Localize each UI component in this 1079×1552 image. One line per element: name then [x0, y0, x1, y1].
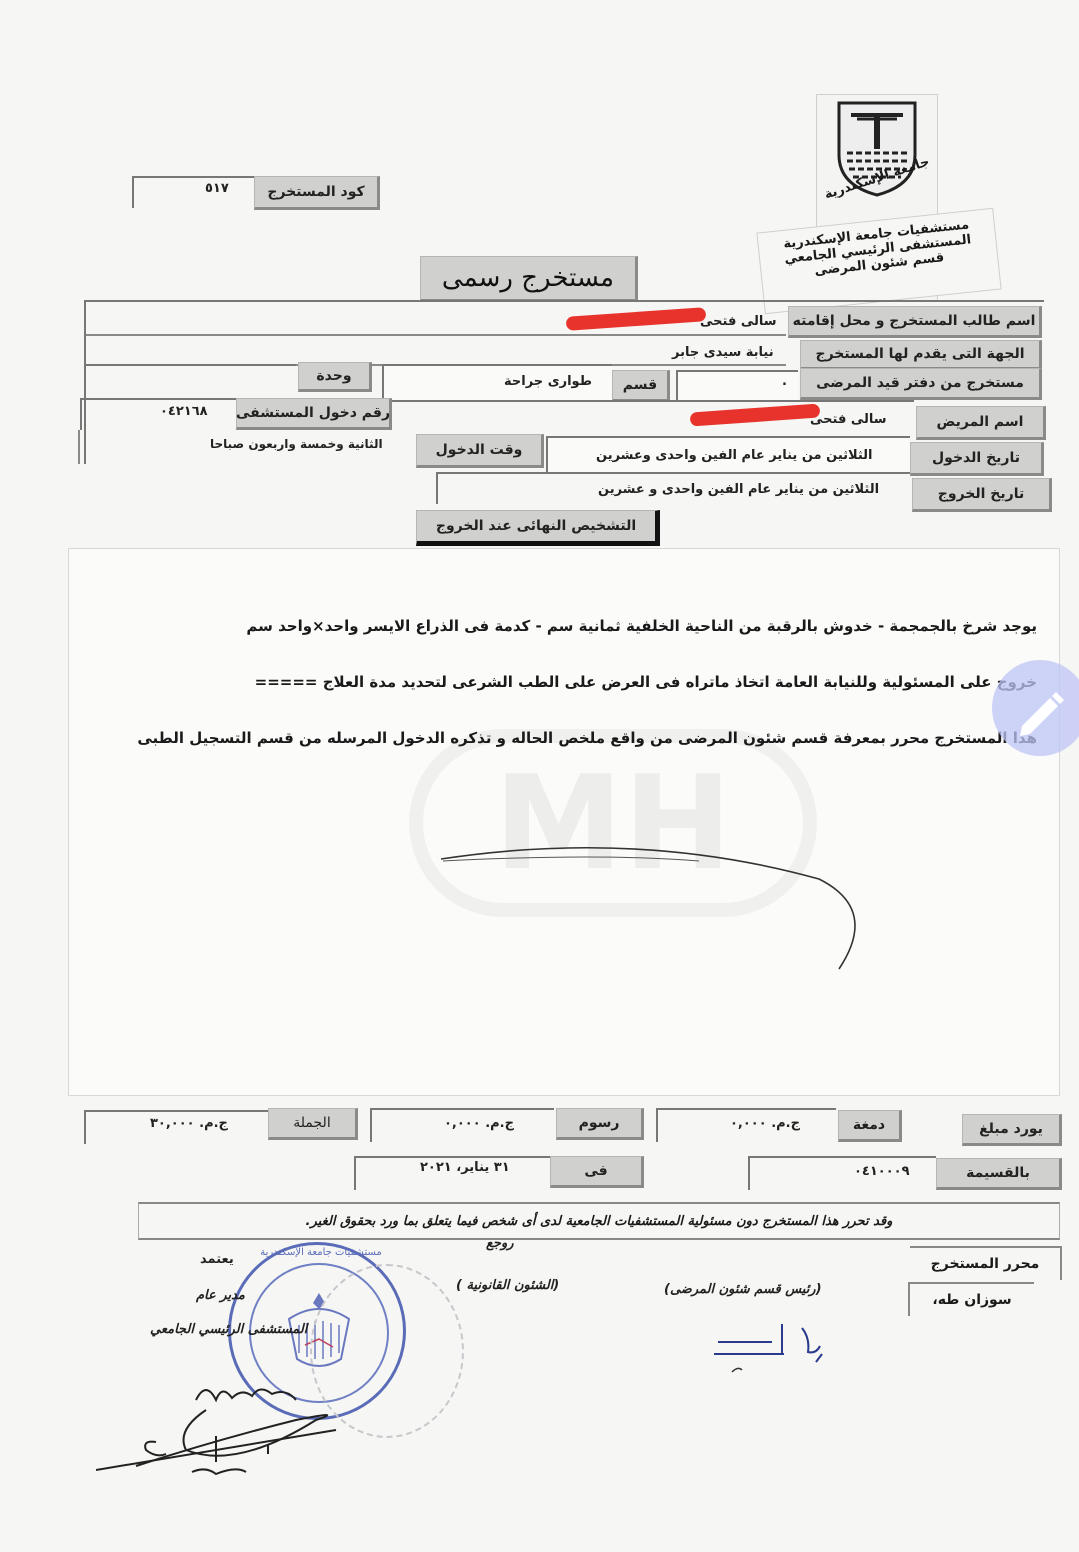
- stamp-label: دمغة: [838, 1110, 902, 1142]
- code-value: ٥١٧: [205, 181, 229, 196]
- requester-label: اسم طالب المستخرج و محل إقامته: [788, 306, 1042, 338]
- page-title: مستخرج رسمى: [420, 256, 638, 302]
- reviewed-label: روجع: [486, 1236, 514, 1251]
- department-label: قسم: [612, 370, 670, 402]
- discharge-date-value: الثلاثين من يناير عام الفين واحدى و عشري…: [598, 482, 879, 497]
- patient-name-field: [392, 400, 914, 436]
- register-field: [676, 370, 798, 402]
- diagnosis-box: MH يوجد شرخ بالجمجمة - خدوش بالرقبة من ا…: [68, 548, 1060, 1096]
- register-label: مستخرج من دفتر قيد المرضى: [800, 368, 1042, 400]
- supply-amount-label: يورد مبلغ: [962, 1114, 1062, 1146]
- discharge-date-label: تاريخ الخروج: [912, 478, 1052, 512]
- stamp-value: ج.م. ٠,٠٠٠: [730, 1116, 800, 1131]
- fees-value: ج.م. ٠,٠٠٠: [444, 1116, 514, 1131]
- diagnosis-label: التشخيص النهائى عند الخروج: [416, 510, 660, 546]
- unit-field: [84, 364, 296, 398]
- pencil-icon: [992, 660, 1079, 756]
- diagnosis-line-3: هذا المستخرج محرر بمعرفة قسم شئون المرضى…: [137, 729, 1037, 747]
- authority-label: الجهة التى يقدم لها المستخرج: [800, 340, 1042, 370]
- fees-label: رسوم: [556, 1108, 644, 1140]
- disclaimer-text: وقد تحرر هذا المستخرج دون مسئولية المستش…: [306, 1214, 893, 1229]
- patient-name-label: اسم المريض: [916, 406, 1046, 440]
- admission-time-label: وقت الدخول: [416, 434, 544, 468]
- hospital-label: المستشفى الرئيسي الجامعي: [150, 1322, 307, 1337]
- code-label: كود المستخرج: [254, 176, 380, 210]
- admission-time-value: الثانية وخمسة واربعون صباحا: [210, 437, 383, 451]
- total-value: ج.م. ٣٠,٠٠٠: [150, 1116, 228, 1131]
- admission-date-value: الثلاثين من يناير عام الفين واحدى وعشرين: [596, 448, 873, 463]
- signature-head-icon: [712, 1318, 842, 1378]
- edit-pencil-button[interactable]: [992, 660, 1079, 756]
- admission-number-value: ٠٤٢١٦٨: [160, 404, 208, 419]
- director-signature-icon: [96, 1370, 396, 1490]
- date-value: ٣١ يناير، ٢٠٢١: [420, 1160, 510, 1175]
- patients-head-label: (رئيس قسم شئون المرضى): [664, 1282, 822, 1297]
- register-value: .: [782, 374, 787, 389]
- editor-label: محرر المستخرج: [910, 1246, 1062, 1280]
- pen-stroke-icon: [439, 839, 889, 979]
- general-manager-label: مدير عام: [196, 1288, 245, 1303]
- approve-label: يعتمد: [200, 1252, 234, 1267]
- editor-name: سوزان طه،: [908, 1282, 1034, 1316]
- unit-label: وحدة: [298, 362, 372, 392]
- code-field: [132, 176, 254, 208]
- admission-number-field: [80, 398, 236, 430]
- institution-block: مستشفيات جامعة الإسكندرية المستشفى الرئي…: [756, 208, 1001, 314]
- admission-date-label: تاريخ الدخول: [910, 442, 1044, 476]
- admission-number-label: رقم دخول المستشفى: [236, 398, 392, 430]
- legal-affairs-label: (الشئون القانونية ): [456, 1278, 559, 1293]
- total-label: الجملة: [268, 1108, 358, 1140]
- stamp-text: مستشفيات جامعة الإسكندرية: [251, 1247, 391, 1258]
- authority-value: نيابة سيدى جابر: [672, 345, 774, 360]
- diagnosis-line-1: يوجد شرخ بالجمجمة - خدوش بالرقبة من النا…: [246, 617, 1037, 635]
- diagnosis-line-2: خروج على المسئولية وللنيابة العامة اتخاذ…: [255, 673, 1037, 691]
- disclaimer: وقد تحرر هذا المستخرج دون مسئولية المستش…: [138, 1202, 1060, 1240]
- receipt-value: ٠٤١٠٠٠٩: [854, 1164, 910, 1179]
- department-value: طوارى جراحة: [504, 374, 592, 389]
- date-label: فى: [550, 1156, 644, 1188]
- receipt-label: بالقسيمة: [936, 1158, 1062, 1190]
- requester-value: سالى فتحى: [700, 314, 777, 329]
